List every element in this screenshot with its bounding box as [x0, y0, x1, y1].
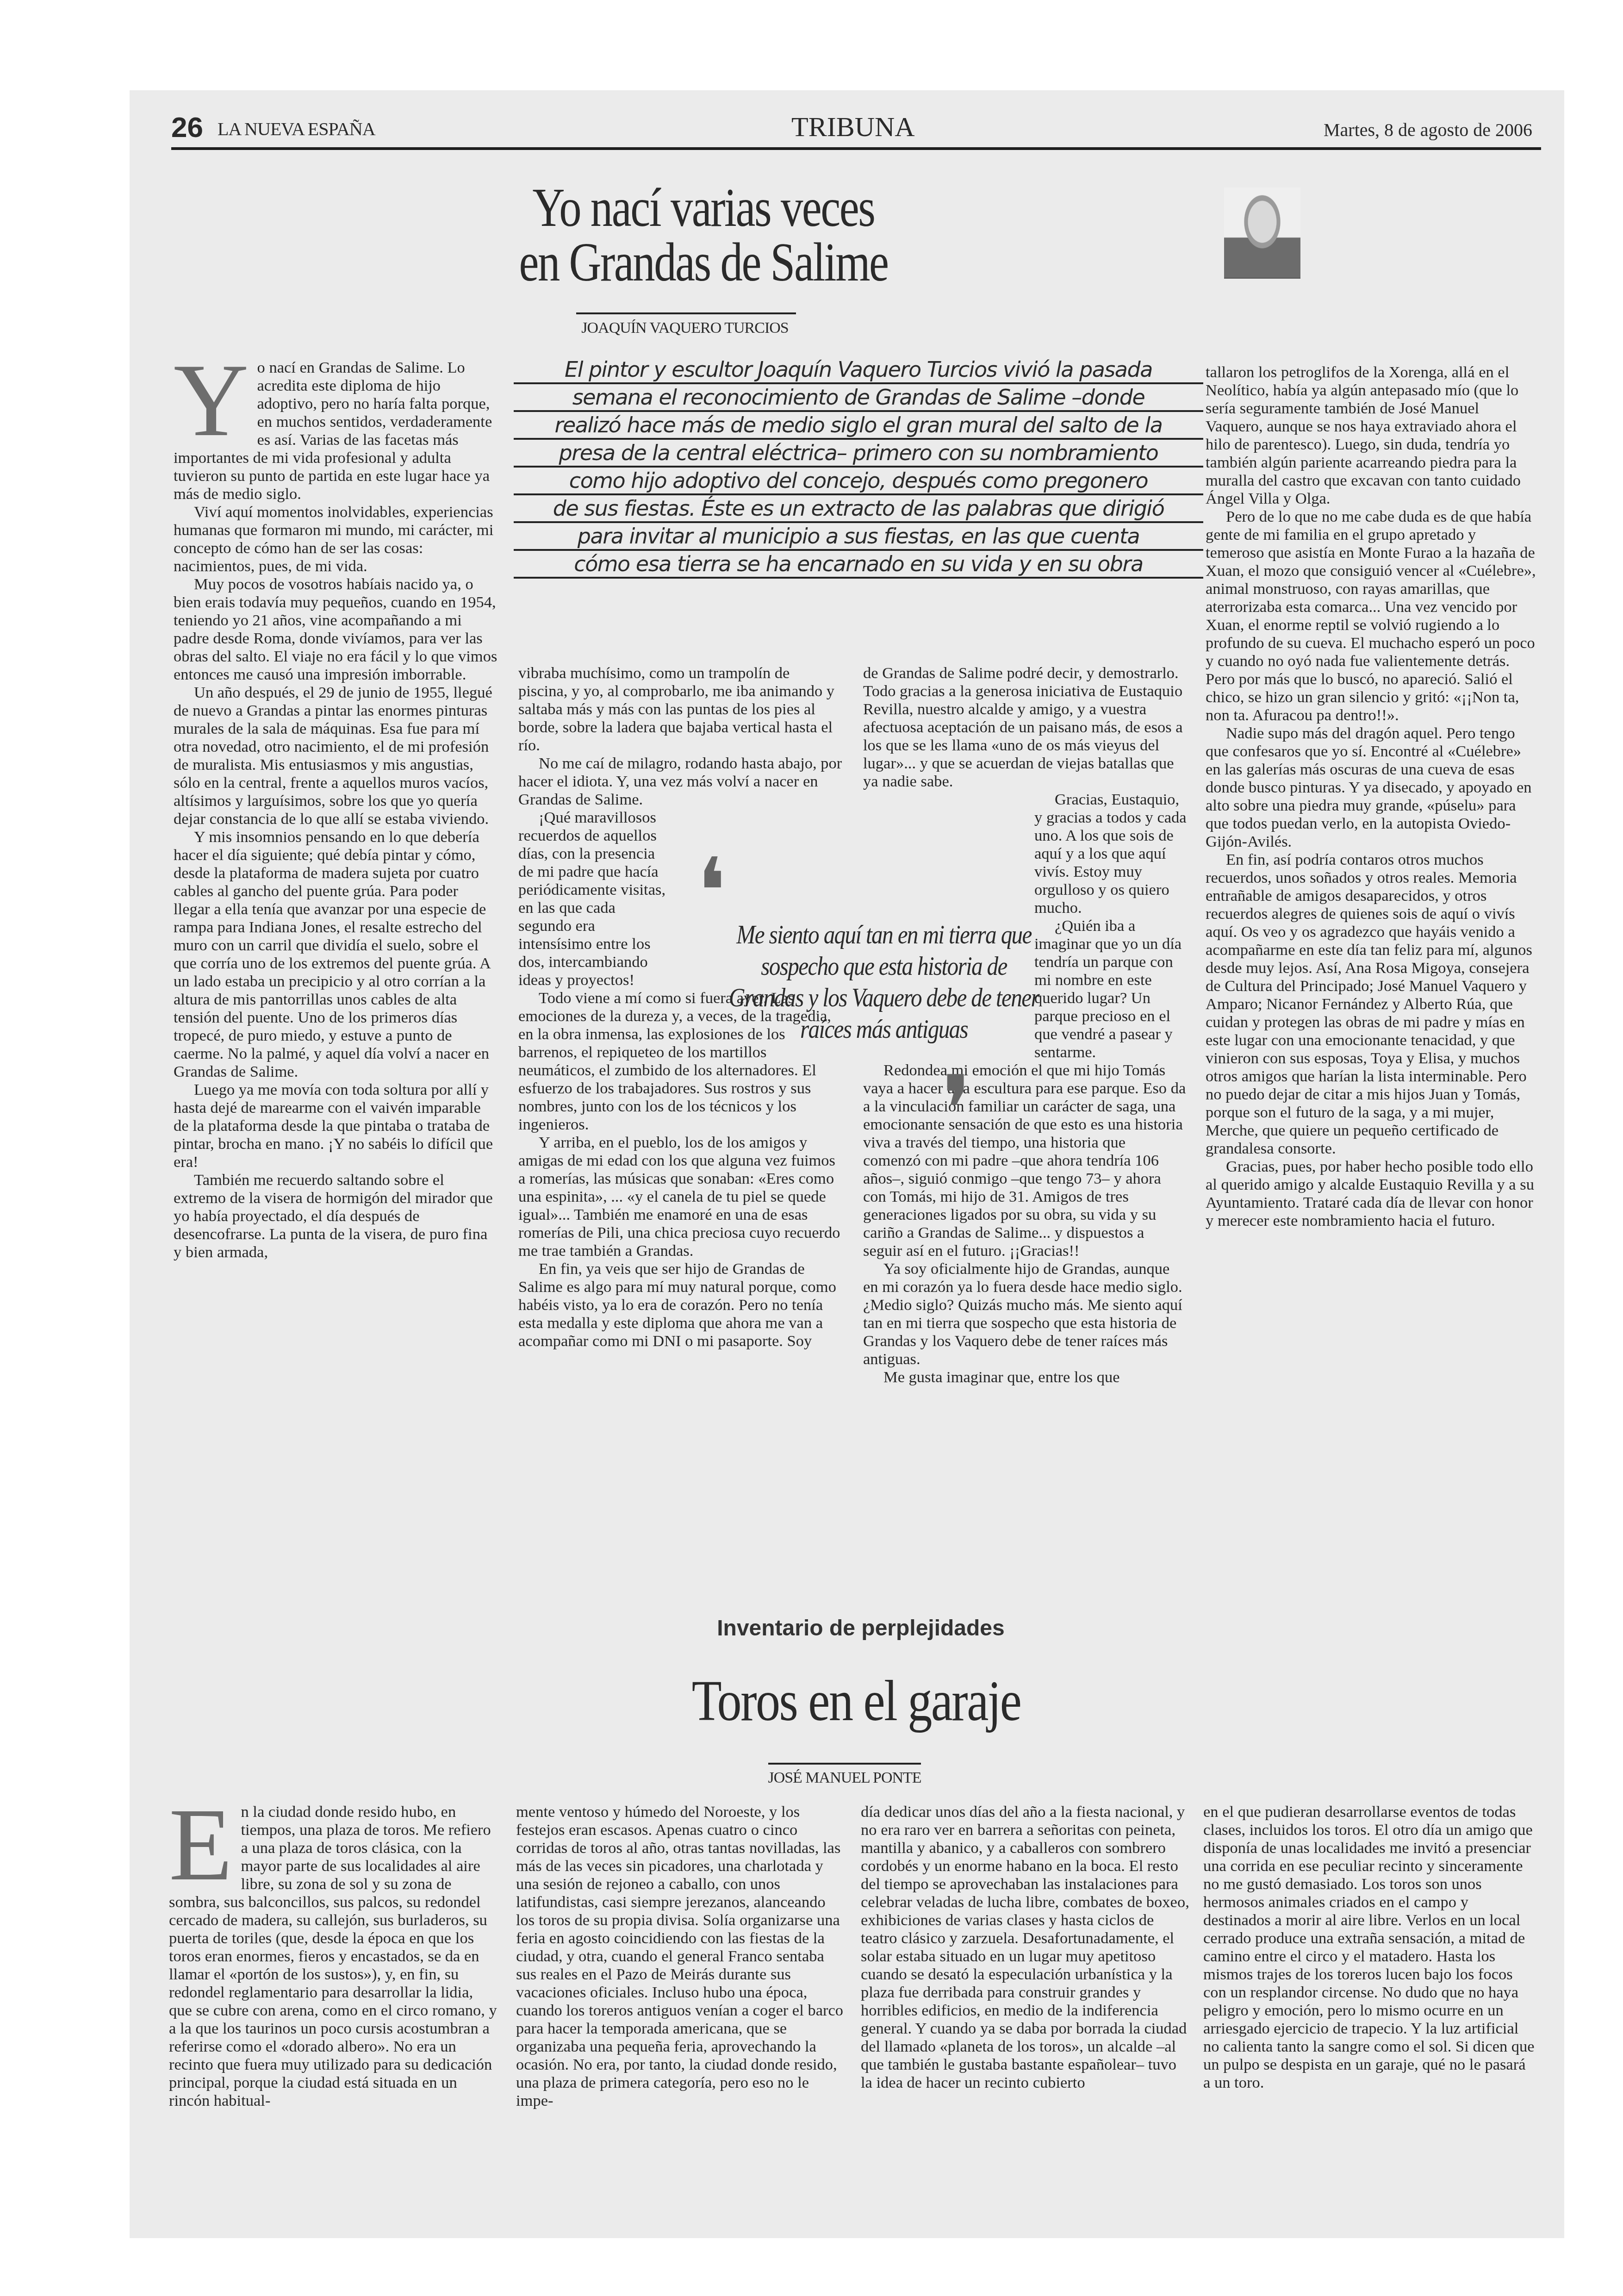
- deck-line: realizó hace más de medio siglo el gran …: [514, 412, 1203, 440]
- paragraph: día dedicar unos días del año a la fiest…: [861, 1803, 1189, 2092]
- paragraph: Gracias, Eustaquio, y gracias a todos y …: [1034, 791, 1187, 917]
- article-column-4: tallaron los petroglifos de la Xorenga, …: [1206, 363, 1536, 1230]
- paragraph: Viví aquí momentos inolvidables, experie…: [174, 503, 497, 575]
- article-deck: El pintor y escultor Joaquín Vaquero Tur…: [514, 356, 1203, 579]
- paragraph: ¡Qué maravillosos recuerdos de aquellos …: [518, 809, 666, 989]
- paragraph: Luego ya me movía con toda soltura por a…: [174, 1081, 497, 1171]
- paragraph: Ya soy oficialmente hijo de Grandas, aun…: [863, 1260, 1187, 1368]
- paragraph: Pero de lo que no me cabe duda es de que…: [1206, 508, 1536, 724]
- deck-line: El pintor y escultor Joaquín Vaquero Tur…: [514, 356, 1203, 384]
- issue-date: Martes, 8 de agosto de 2006: [1324, 119, 1532, 141]
- article2-column-4: en el que pudieran desarrollarse eventos…: [1203, 1803, 1536, 2092]
- article2-column-2: mente ventoso y húmedo del Noroeste, y l…: [516, 1803, 845, 2110]
- section-title: TRIBUNA: [791, 111, 915, 143]
- paragraph: ¿Quién iba a imaginar que yo un día tend…: [1034, 917, 1187, 1061]
- deck-line: semana el reconocimiento de Grandas de S…: [514, 384, 1203, 412]
- header-rule: [171, 147, 1541, 150]
- deck-line: como hijo adoptivo del concejo, después …: [514, 468, 1203, 495]
- headline-line-2: en Grandas de Salime: [460, 235, 946, 290]
- newspaper-name: LA NUEVA ESPAÑA: [218, 118, 375, 140]
- drop-cap: Y: [174, 361, 249, 437]
- paragraph: Nadie supo más del dragón aquel. Pero te…: [1206, 724, 1536, 851]
- article2-headline: Toros en el garaje: [640, 1671, 1073, 1731]
- paragraph: También me recuerdo saltando sobre el ex…: [174, 1171, 497, 1261]
- quote-close-icon: ❜: [942, 1065, 971, 1157]
- paragraph: Y arriba, en el pueblo, los de los amigo…: [518, 1134, 842, 1260]
- article-byline: JOAQUÍN VAQUERO TURCIOS: [555, 319, 815, 337]
- paragraph: de Grandas de Salime podré decir, y demo…: [863, 664, 1187, 791]
- byline-rule: [576, 312, 796, 314]
- headline-line-1: Yo nací varias veces: [460, 181, 946, 235]
- wrapped-paragraphs: Gracias, Eustaquio, y gracias a todos y …: [1034, 791, 1187, 1061]
- pull-quote: Me siento aquí tan en mi tierra que sosp…: [723, 919, 1045, 1045]
- paragraph: En fin, ya veis que ser hijo de Grandas …: [518, 1260, 842, 1350]
- deck-line: cómo esa tierra se ha encarnado en su vi…: [514, 551, 1203, 579]
- author-photo: [1224, 187, 1300, 279]
- paragraph: Me gusta imaginar que, entre los que: [863, 1368, 1187, 1386]
- paragraph: vibraba muchísimo, como un trampolín de …: [518, 664, 842, 755]
- drop-cap: E: [169, 1805, 232, 1881]
- deck-line: para invitar al municipio a sus fiestas,…: [514, 523, 1203, 551]
- page-number: 26: [171, 111, 203, 144]
- paragraph: Redondea mi emoción el que mi hijo Tomás…: [863, 1061, 1187, 1260]
- article-column-1: Y o nací en Grandas de Salime. Lo acredi…: [174, 359, 497, 1261]
- byline-rule: [768, 1763, 921, 1765]
- quote-open-icon: ❛: [696, 847, 726, 940]
- article-headline: Yo nací varias veces en Grandas de Salim…: [460, 181, 946, 290]
- column-kicker: Inventario de perplejidades: [629, 1616, 1092, 1641]
- wrapped-paragraph: ¡Qué maravillosos recuerdos de aquellos …: [518, 809, 666, 989]
- article2-column-1: E n la ciudad donde resido hubo, en tiem…: [169, 1803, 497, 2110]
- paragraph: En fin, así podría contaros otros muchos…: [1206, 851, 1536, 1158]
- deck-line: presa de la central eléctrica– primero c…: [514, 440, 1203, 468]
- paragraph: Y mis insomnios pensando en lo que deber…: [174, 828, 497, 1081]
- article2-byline: JOSÉ MANUEL PONTE: [740, 1769, 949, 1787]
- paragraph: mente ventoso y húmedo del Noroeste, y l…: [516, 1803, 845, 2110]
- paragraph: Un año después, el 29 de junio de 1955, …: [174, 684, 497, 828]
- paragraph: Gracias, pues, por haber hecho posible t…: [1206, 1158, 1536, 1230]
- paragraph: Muy pocos de vosotros habíais nacido ya,…: [174, 575, 497, 684]
- paragraph: en el que pudieran desarrollarse eventos…: [1203, 1803, 1536, 2092]
- deck-line: de sus fiestas. Éste es un extracto de l…: [514, 495, 1203, 523]
- article2-column-3: día dedicar unos días del año a la fiest…: [861, 1803, 1189, 2092]
- paragraph: tallaron los petroglifos de la Xorenga, …: [1206, 363, 1536, 508]
- paragraph: No me caí de milagro, rodando hasta abaj…: [518, 755, 842, 809]
